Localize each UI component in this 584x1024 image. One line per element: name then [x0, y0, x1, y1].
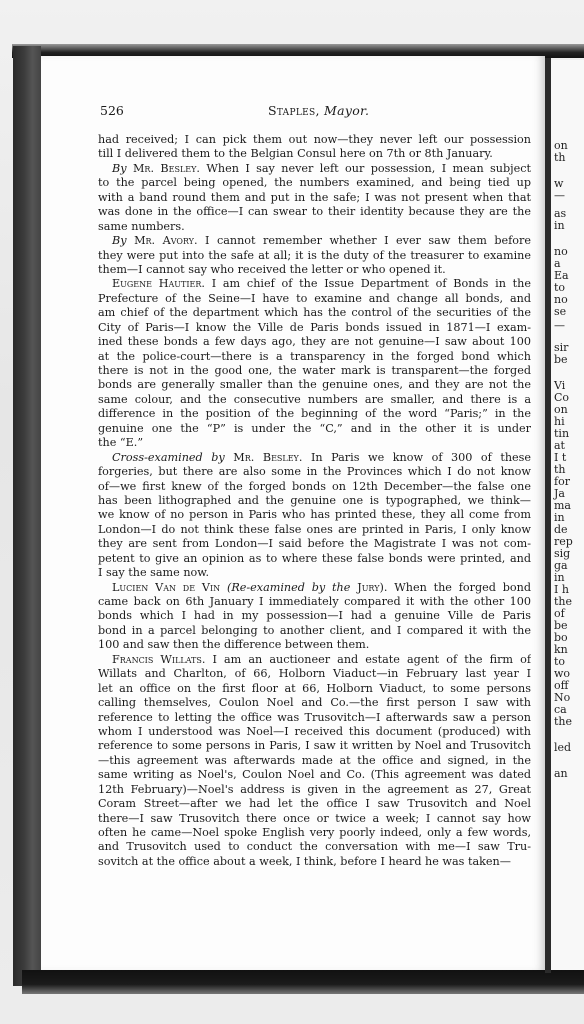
text-line: calling themselves, Coulon Noel and Co.—… [98, 696, 531, 710]
running-head-name: Staples, [268, 103, 320, 118]
text-line: By Mr. Besley. When I say never left our… [98, 162, 531, 176]
adjacent-page-fragment: — [554, 190, 565, 202]
line-text: had received; I can pick them out now—th… [98, 133, 531, 146]
line-text: same numbers. [98, 220, 185, 233]
text-line: let an office on the first floor at 66, … [98, 682, 531, 696]
line-text: ined these bonds a few days ago, they ar… [98, 335, 531, 348]
speaker-name: Mr. Besley. [233, 451, 302, 464]
adjacent-page-fragment: an [554, 768, 568, 780]
lead-italic: Cross-examined by [112, 451, 225, 464]
text-line: whom I understood was Noel—I received th… [98, 725, 531, 739]
line-text: I say the same now. [98, 566, 209, 579]
paragraph: Cross-examined by Mr. Besley. In Paris w… [98, 451, 531, 581]
line-text: came back on 6th January I immediately c… [98, 595, 531, 608]
adjacent-page-fragment: be [554, 354, 568, 366]
text-line: ined these bonds a few days ago, they ar… [98, 335, 531, 349]
line-text: the “E.” [98, 436, 143, 449]
adjacent-page-fragment: — [554, 320, 565, 332]
text-line: City of Paris—I know the Ville de Paris … [98, 321, 531, 335]
line-text: forgeries, but there are also some in th… [98, 465, 531, 478]
text-line: By Mr. Avory. I cannot remember whether … [98, 234, 531, 248]
text-line: —this agreement was afterwards made at t… [98, 754, 531, 768]
text-line: bond in a parcel belonging to another cl… [98, 624, 531, 638]
text-line: Willats and Charlton, of 66, Holborn Via… [98, 667, 531, 681]
paragraph: Francis Willats. I am an auctioneer and … [98, 653, 531, 870]
text-line: genuine one the “P” is under the “C,” an… [98, 422, 531, 436]
line-text: I am an auctioneer and estate agent of t… [213, 653, 531, 666]
line-text: Coram Street—after we had let the office… [98, 797, 531, 810]
line-text: difference in the position of the beginn… [98, 407, 531, 420]
speaker-name: Eugene Hautier. [112, 277, 205, 290]
speaker-name: Lucien Van de Vin [112, 581, 220, 594]
line-text: they were put into the safe at all; it i… [98, 249, 531, 262]
text-line: Lucien Van de Vin (Re-examined by the Ju… [98, 581, 531, 595]
text-line: them—I cannot say who received the lette… [98, 263, 531, 277]
line-text: there is not in the good one, the water … [98, 364, 531, 377]
line-text: genuine one the “P” is under the “C,” an… [98, 422, 531, 435]
text-line: London—I do not think these false ones a… [98, 523, 531, 537]
text-line: 12th February)—Noel's address is given i… [98, 783, 531, 797]
text-line: bonds are generally smaller than the gen… [98, 378, 531, 392]
binding-frame-left [13, 46, 41, 986]
text-line: till I delivered them to the Belgian Con… [98, 147, 531, 161]
lead-italic: By [112, 162, 127, 175]
line-text: same writing as Noel's, Coulon Noel and … [98, 768, 531, 781]
paragraph: Lucien Van de Vin (Re-examined by the Ju… [98, 581, 531, 653]
adjacent-page-fragment: th [554, 152, 566, 164]
text-line: petent to give an opinion as to where th… [98, 552, 531, 566]
text-line: reference to some persons in Paris, I sa… [98, 739, 531, 753]
text-line: they were put into the safe at all; it i… [98, 249, 531, 263]
line-text: I am chief of the Issue Department of Bo… [212, 277, 531, 290]
line-text: bonds which I had in my possession—I had… [98, 609, 531, 622]
speaker-name: Mr. Besley. [133, 162, 200, 175]
line-text: bonds are generally smaller than the gen… [98, 378, 531, 391]
line-text: reference to some persons in Paris, I sa… [98, 739, 531, 752]
adjacent-page-fragment: se [554, 306, 566, 318]
line-text: petent to give an opinion as to where th… [98, 552, 531, 565]
page-number: 526 [100, 103, 124, 118]
text-line: forgeries, but there are also some in th… [98, 465, 531, 479]
line-text: When the forged bond [394, 581, 531, 594]
text-line: Francis Willats. I am an auctioneer and … [98, 653, 531, 667]
text-line: they are sent from London—I said before … [98, 537, 531, 551]
text-line: sovitch at the office about a week, I th… [98, 855, 531, 869]
line-text: let an office on the first floor at 66, … [98, 682, 531, 695]
line-text: they are sent from London—I said before … [98, 537, 531, 550]
running-head: 526 Staples, Mayor. [100, 103, 530, 121]
adjacent-page-fragment: led [554, 742, 571, 754]
paragraph: By Mr. Avory. I cannot remember whether … [98, 234, 531, 277]
text-line: same numbers. [98, 220, 531, 234]
line-text: there—I saw Trusovitch there once or twi… [98, 812, 531, 825]
running-head-office: Mayor. [324, 103, 369, 118]
examination-note: (Re-examined by the [227, 581, 350, 594]
running-head-title: Staples, Mayor. [268, 103, 369, 118]
text-line: at the police-court—there is a transpare… [98, 350, 531, 364]
examination-note-end: Jury). [357, 581, 387, 594]
line-text: and Trusovitch used to conduct the conve… [98, 840, 531, 853]
line-text: of—we first knew of the forged bonds on … [98, 480, 531, 493]
adjacent-page-fragment: the [554, 716, 572, 728]
line-text: City of Paris—I know the Ville de Paris … [98, 321, 531, 334]
line-text: I cannot remember whether I ever saw the… [205, 234, 531, 247]
line-text: reference to letting the office was Trus… [98, 711, 531, 724]
line-text: am chief of the department which has the… [98, 306, 531, 319]
line-text: When I say never left our possession, I … [206, 162, 531, 175]
text-line: Coram Street—after we had let the office… [98, 797, 531, 811]
line-text: whom I understood was Noel—I received th… [98, 725, 531, 738]
line-text: —this agreement was afterwards made at t… [98, 754, 531, 767]
adjacent-page-fragment: in [554, 220, 565, 232]
text-line: had received; I can pick them out now—th… [98, 133, 531, 147]
text-line: we know of no person in Paris who has pr… [98, 508, 531, 522]
text-line: 100 and saw then the difference between … [98, 638, 531, 652]
line-text: same colour, and the consecutive numbers… [98, 393, 531, 406]
text-line: the “E.” [98, 436, 531, 450]
text-line: with a band round them and put in the sa… [98, 191, 531, 205]
paragraph: had received; I can pick them out now—th… [98, 133, 531, 162]
text-line: and Trusovitch used to conduct the conve… [98, 840, 531, 854]
line-text: often he came—Noel spoke English very po… [98, 826, 531, 839]
text-line: reference to letting the office was Trus… [98, 711, 531, 725]
text-line: to the parcel being opened, the numbers … [98, 176, 531, 190]
text-line: there—I saw Trusovitch there once or twi… [98, 812, 531, 826]
adjacent-page-edge: onthw—asinnoaEatonose—sirbeViCoonhitinat… [551, 60, 584, 970]
text-line: was done in the office—I can swear to th… [98, 205, 531, 219]
text-line: Prefecture of the Seine—I have to examin… [98, 292, 531, 306]
line-text: In Paris we know of 300 of these [311, 451, 531, 464]
speaker-name: Francis Willats. [112, 653, 205, 666]
line-text: calling themselves, Coulon Noel and Co.—… [98, 696, 531, 709]
text-line: there is not in the good one, the water … [98, 364, 531, 378]
line-text: has been lithographed and the genuine on… [98, 494, 531, 507]
text-line: same writing as Noel's, Coulon Noel and … [98, 768, 531, 782]
body-text: had received; I can pick them out now—th… [98, 133, 531, 869]
binding-frame-bottom [22, 970, 584, 994]
text-line: difference in the position of the beginn… [98, 407, 531, 421]
text-line: bonds which I had in my possession—I had… [98, 609, 531, 623]
line-text: to the parcel being opened, the numbers … [98, 176, 531, 189]
line-text: till I delivered them to the Belgian Con… [98, 147, 493, 160]
line-text: we know of no person in Paris who has pr… [98, 508, 531, 521]
line-text: Prefecture of the Seine—I have to examin… [98, 292, 531, 305]
text-line: often he came—Noel spoke English very po… [98, 826, 531, 840]
line-text: with a band round them and put in the sa… [98, 191, 531, 204]
text-line: has been lithographed and the genuine on… [98, 494, 531, 508]
line-text: was done in the office—I can swear to th… [98, 205, 531, 218]
line-text: London—I do not think these false ones a… [98, 523, 531, 536]
line-text: sovitch at the office about a week, I th… [98, 855, 511, 868]
line-text: Willats and Charlton, of 66, Holborn Via… [98, 667, 531, 680]
text-line: I say the same now. [98, 566, 531, 580]
paragraph: By Mr. Besley. When I say never left our… [98, 162, 531, 234]
text-line: came back on 6th January I immediately c… [98, 595, 531, 609]
text-line: Cross-examined by Mr. Besley. In Paris w… [98, 451, 531, 465]
paragraph: Eugene Hautier. I am chief of the Issue … [98, 277, 531, 450]
text-line: Eugene Hautier. I am chief of the Issue … [98, 277, 531, 291]
line-text: at the police-court—there is a transpare… [98, 350, 531, 363]
text-line: of—we first knew of the forged bonds on … [98, 480, 531, 494]
text-line: am chief of the department which has the… [98, 306, 531, 320]
line-text: 100 and saw then the difference between … [98, 638, 369, 651]
line-text: them—I cannot say who received the lette… [98, 263, 446, 276]
text-line: same colour, and the consecutive numbers… [98, 393, 531, 407]
lead-italic: By [112, 234, 127, 247]
line-text: bond in a parcel belonging to another cl… [98, 624, 531, 637]
line-text: 12th February)—Noel's address is given i… [98, 783, 531, 796]
speaker-name: Mr. Avory. [134, 234, 197, 247]
